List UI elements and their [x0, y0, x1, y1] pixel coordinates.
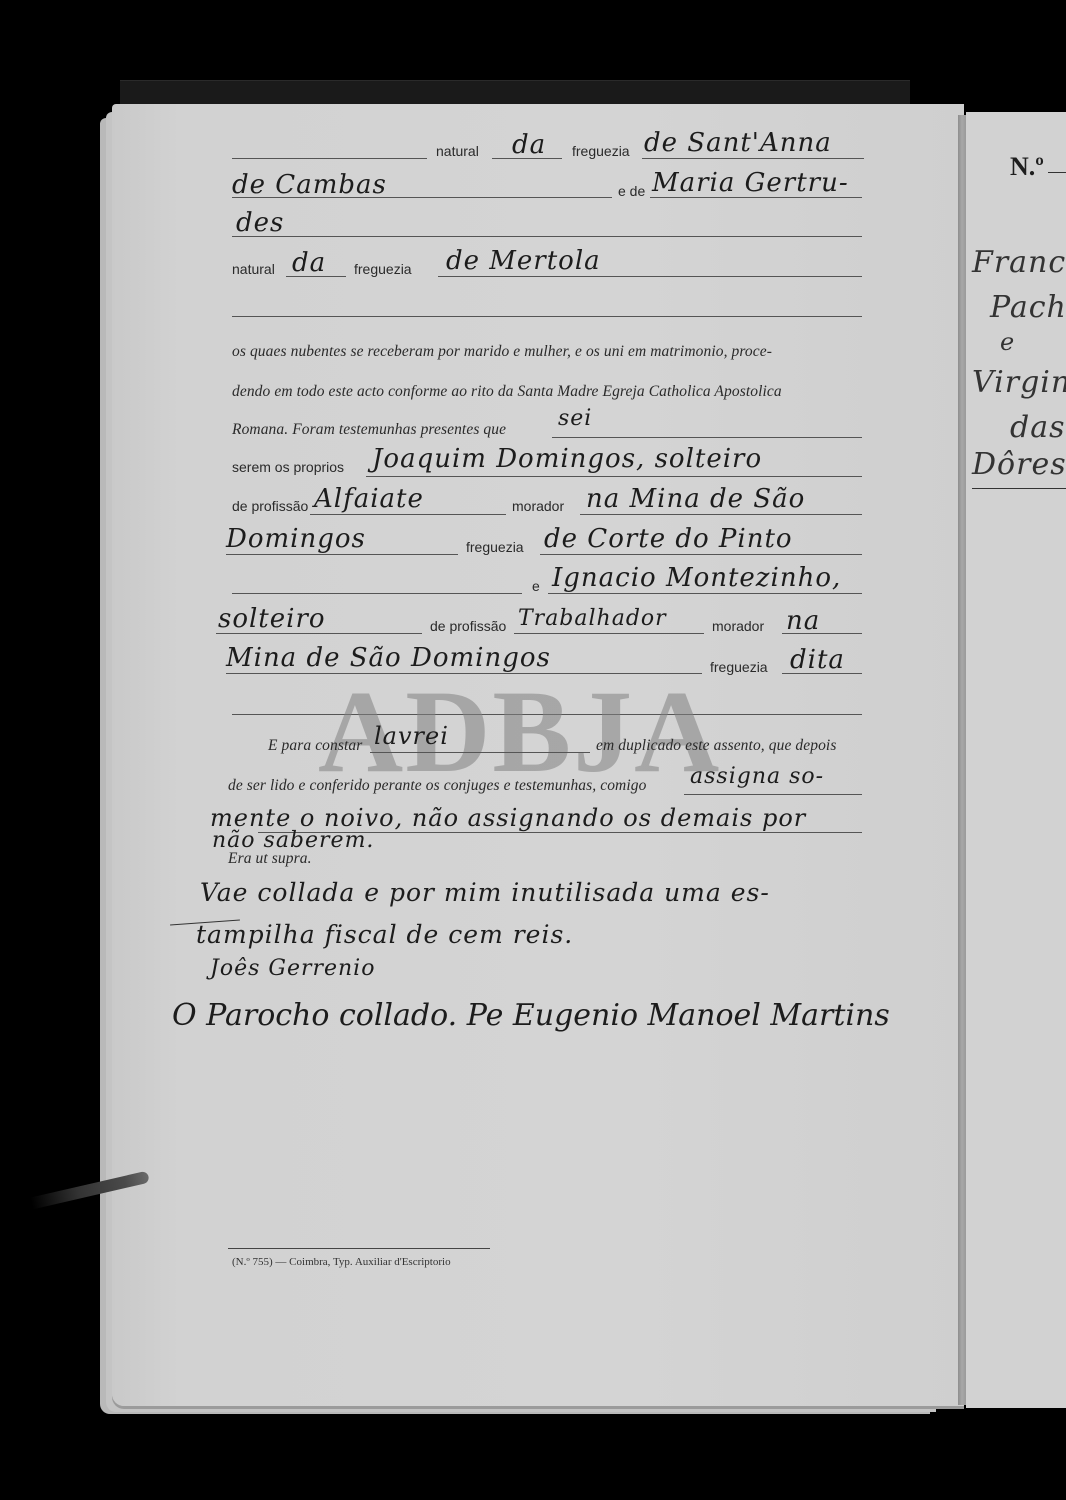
- handwritten-entry: de Mertola: [446, 246, 601, 276]
- facing-name-line: das: [1010, 410, 1066, 445]
- fill-rule: [286, 276, 346, 277]
- printed-text: natural: [436, 143, 479, 159]
- printed-text: em duplicado este assento, que depois: [596, 737, 836, 755]
- witness-signature: Joês Gerrenio: [210, 956, 375, 981]
- handwritten-note: tampilha fiscal de cem reis.: [196, 920, 573, 949]
- printed-text: dendo em todo este acto conforme ao rito…: [232, 383, 782, 401]
- handwritten-entry: lavrei: [374, 722, 449, 750]
- printed-text: e: [532, 578, 540, 594]
- facing-name-line: Franc: [972, 245, 1066, 280]
- handwritten-entry: Maria Gertru-: [652, 168, 849, 198]
- handwritten-entry: Trabalhador: [518, 606, 667, 631]
- handwritten-entry: dita: [790, 645, 845, 675]
- printed-text: Era ut supra.: [228, 850, 312, 868]
- printed-text: natural: [232, 261, 275, 277]
- facing-rule: [972, 488, 1066, 489]
- fill-rule: [540, 554, 862, 555]
- printed-text: de ser lido e conferido perante os conju…: [228, 777, 646, 795]
- printed-text: morador: [712, 618, 764, 634]
- printed-text: de profissão: [430, 618, 506, 634]
- fill-rule: [580, 514, 862, 515]
- fill-rule: [232, 197, 612, 198]
- fill-rule: [552, 437, 862, 438]
- fill-rule: [232, 714, 862, 715]
- handwritten-entry: des: [236, 208, 284, 238]
- register-page-left: [112, 104, 964, 1406]
- handwritten-note: Vae collada e por mim inutilisada uma es…: [200, 878, 770, 907]
- handwritten-entry: Mina de São Domingos: [226, 643, 551, 673]
- imprint-rule: [228, 1248, 490, 1249]
- printed-text: e de: [618, 183, 645, 199]
- printed-text: freguezia: [354, 261, 412, 277]
- fill-rule: [642, 158, 864, 159]
- fill-rule: [370, 752, 590, 753]
- printed-text: E para constar: [268, 737, 362, 755]
- fill-rule: [514, 633, 704, 634]
- facing-name-line: Dôres: [972, 447, 1066, 482]
- fill-rule: [492, 158, 562, 159]
- printed-text: os quaes nubentes se receberam por marid…: [232, 343, 862, 361]
- printed-text: freguezia: [710, 659, 768, 675]
- fill-rule: [548, 593, 862, 594]
- handwritten-entry: na Mina de São: [586, 484, 805, 514]
- handwritten-entry: da: [292, 248, 326, 278]
- fill-rule: [216, 633, 422, 634]
- handwritten-entry: da: [512, 130, 546, 160]
- fill-rule: [438, 276, 862, 277]
- handwritten-entry: Alfaiate: [314, 484, 424, 514]
- record-number-label: N.º: [1010, 152, 1044, 182]
- fill-rule: [310, 514, 506, 515]
- book-edge: [120, 80, 910, 105]
- printed-text: freguezia: [572, 143, 630, 159]
- fill-rule: [650, 197, 862, 198]
- handwritten-entry: de Cambas: [232, 170, 387, 200]
- handwritten-entry: sei: [558, 406, 592, 431]
- parish-priest-signature: O Parocho collado. Pe Eugenio Manoel Mar…: [172, 998, 890, 1033]
- facing-name-line: e: [1000, 328, 1015, 356]
- handwritten-entry: Joaquim Domingos, solteiro: [372, 444, 762, 474]
- fill-rule: [232, 158, 427, 159]
- printed-text: Romana. Foram testemunhas presentes que: [232, 421, 506, 439]
- facing-name-line: Pach: [990, 290, 1066, 325]
- handwritten-entry: de Sant'Anna: [644, 128, 832, 158]
- fill-rule: [782, 633, 862, 634]
- handwritten-entry: assigna so-: [690, 764, 824, 789]
- fill-rule: [782, 673, 862, 674]
- fill-rule: [684, 794, 862, 795]
- printed-text: freguezia: [466, 539, 524, 555]
- fill-rule: [232, 593, 522, 594]
- printed-text: de profissão: [232, 498, 308, 514]
- record-number-rule: [1048, 172, 1066, 173]
- fill-rule: [366, 476, 862, 477]
- fill-rule: [226, 554, 458, 555]
- printer-imprint: (N.º 755) — Coimbra, Typ. Auxiliar d'Esc…: [232, 1256, 451, 1268]
- fill-rule: [232, 236, 862, 237]
- handwritten-entry: solteiro: [218, 604, 326, 634]
- printed-text: serem os proprios: [232, 459, 344, 475]
- handwritten-entry: de Corte do Pinto: [544, 524, 793, 554]
- fill-rule: [226, 673, 702, 674]
- handwritten-entry: Ignacio Montezinho,: [552, 563, 841, 593]
- printed-text: morador: [512, 498, 564, 514]
- facing-name-line: Virgin: [972, 365, 1066, 400]
- handwritten-entry: na: [786, 606, 820, 636]
- handwritten-entry: Domingos: [226, 524, 366, 554]
- fill-rule: [232, 316, 862, 317]
- book-gutter: [958, 115, 966, 1405]
